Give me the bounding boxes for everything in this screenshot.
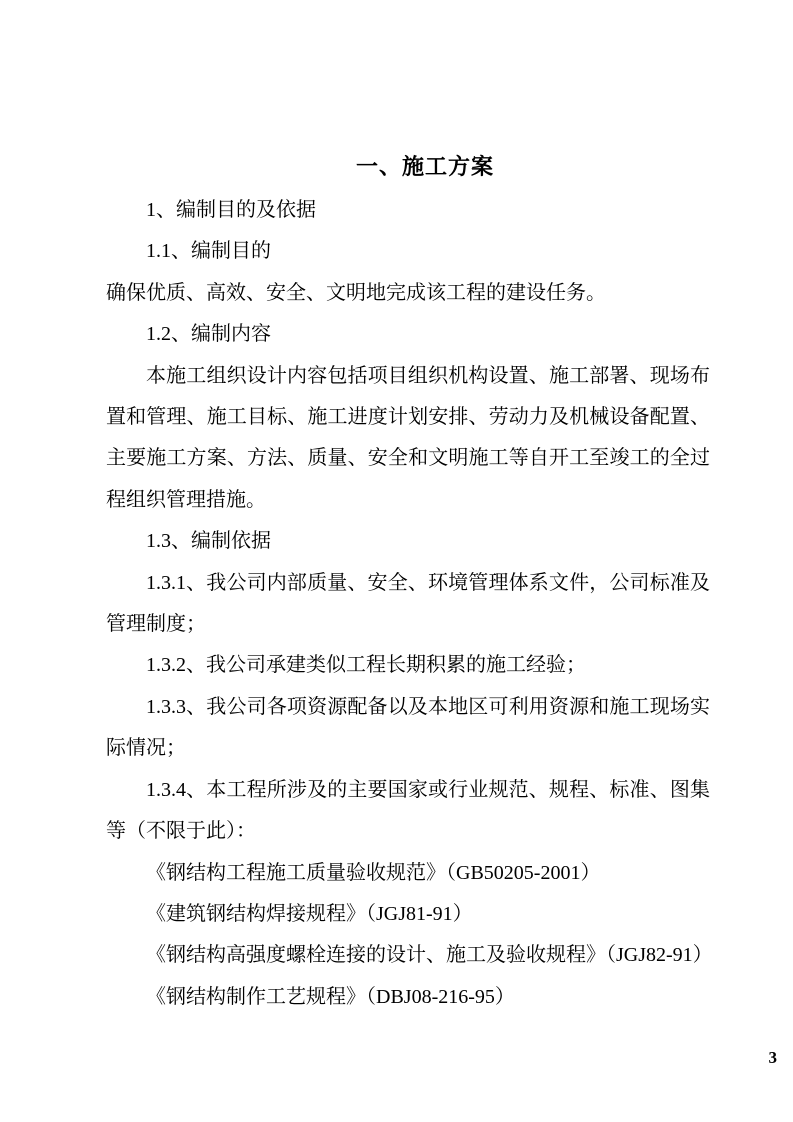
paragraph-standard-jgj81: 《建筑钢结构焊接规程》（JGJ81-91）	[106, 894, 710, 935]
paragraph-heading-1-2: 1.2、编制内容	[106, 314, 710, 355]
document-page: 一、施工方案 1、编制目的及依据 1.1、编制目的 确保优质、高效、安全、文明地…	[0, 0, 793, 1122]
paragraph-heading-1-3: 1.3、编制依据	[106, 521, 710, 562]
page-number: 3	[769, 1046, 778, 1070]
paragraph-item-1-3-2: 1.3.2、我公司承建类似工程长期积累的施工经验；	[106, 645, 710, 686]
paragraph-item-1-3-3: 1.3.3、我公司各项资源配备以及本地区可利用资源和施工现场实际情况；	[106, 687, 710, 770]
page-title: 一、施工方案	[106, 146, 710, 190]
paragraph-standard-gb50205: 《钢结构工程施工质量验收规范》（GB50205-2001）	[106, 853, 710, 894]
paragraph-standard-dbj08: 《钢结构制作工艺规程》（DBJ08-216-95）	[106, 977, 710, 1018]
paragraph-item-1-3-1: 1.3.1、我公司内部质量、安全、环境管理体系文件，公司标准及管理制度；	[106, 563, 710, 646]
paragraph-heading-1: 1、编制目的及依据	[106, 190, 710, 231]
document-body: 一、施工方案 1、编制目的及依据 1.1、编制目的 确保优质、高效、安全、文明地…	[106, 146, 710, 1018]
paragraph-item-1-3-4: 1.3.4、本工程所涉及的主要国家或行业规范、规程、标准、图集等（不限于此）：	[106, 770, 710, 853]
paragraph-standard-jgj82: 《钢结构高强度螺栓连接的设计、施工及验收规程》（JGJ82-91）	[106, 935, 710, 976]
paragraph-heading-1-1: 1.1、编制目的	[106, 231, 710, 272]
paragraph-body-content: 本施工组织设计内容包括项目组织机构设置、施工部署、现场布置和管理、施工目标、施工…	[106, 356, 710, 522]
paragraph-body-purpose: 确保优质、高效、安全、文明地完成该工程的建设任务。	[106, 273, 710, 314]
